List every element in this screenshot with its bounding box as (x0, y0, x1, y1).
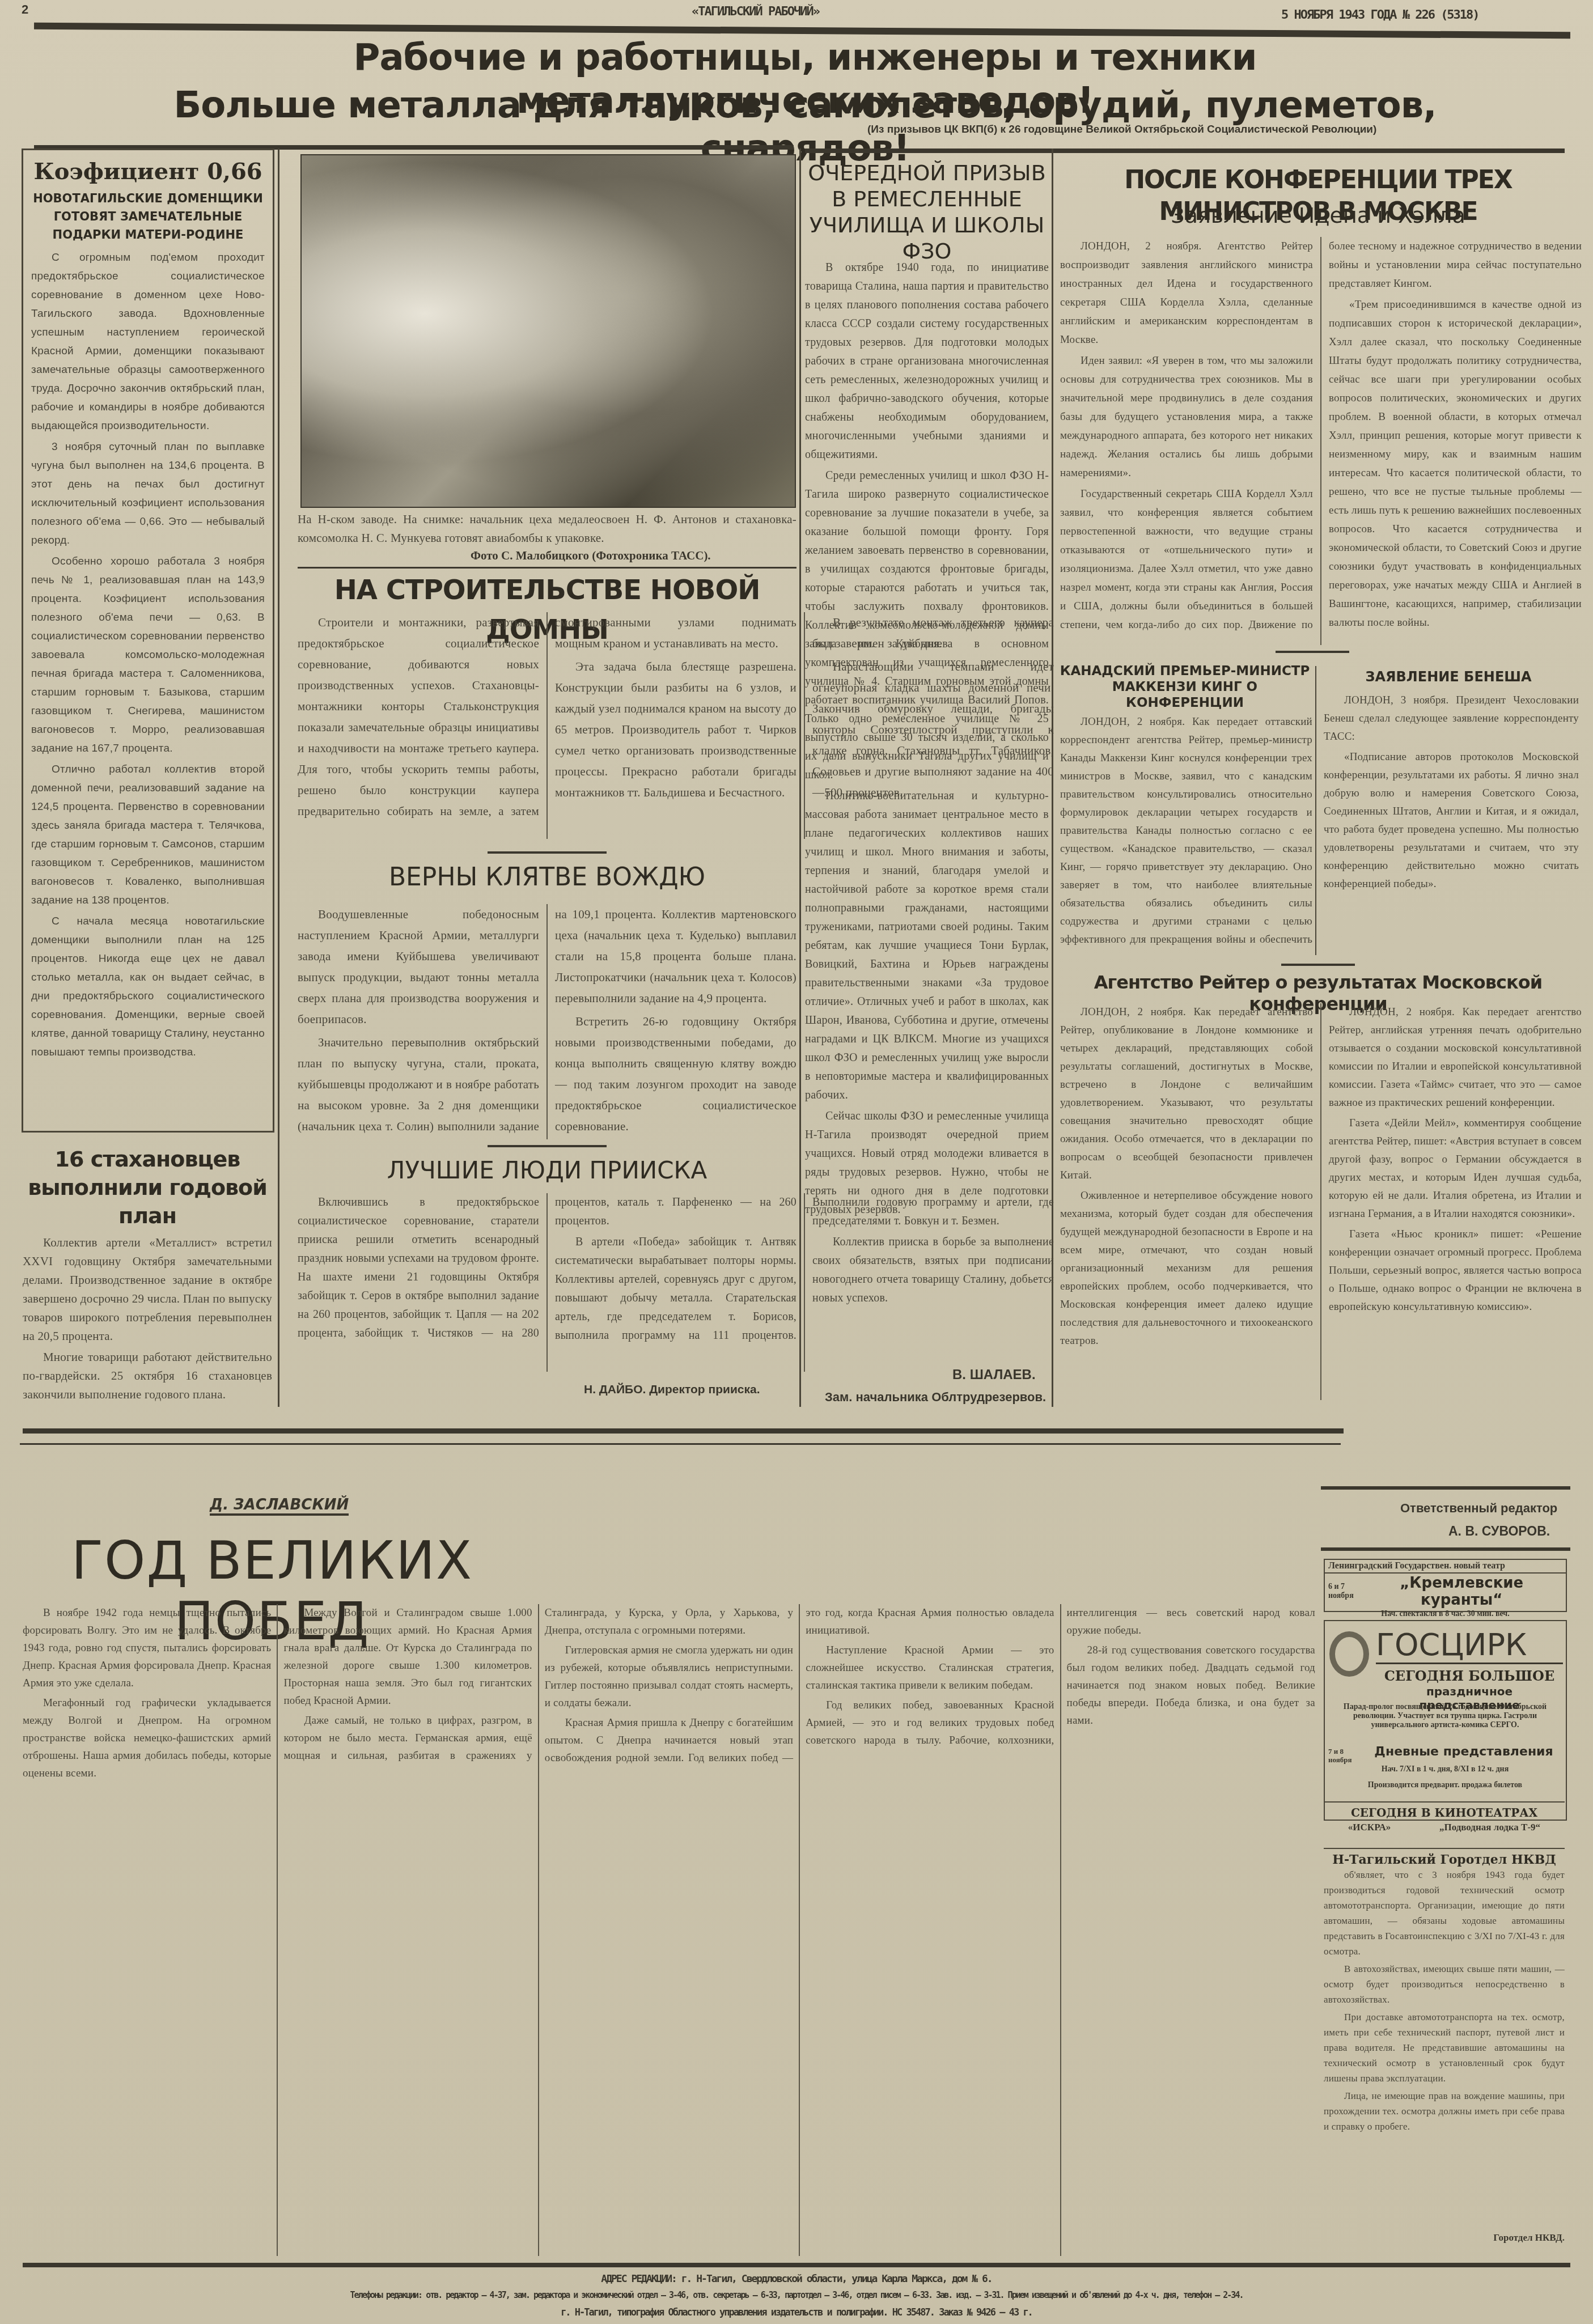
section-rule (20, 1443, 1341, 1445)
photo-caption: На Н-ском заводе. На снимке: начальник ц… (298, 510, 796, 548)
paragraph: Многие товарищи работают действительно п… (23, 1348, 272, 1404)
verny-title: ВЕРНЫ КЛЯТВЕ ВОЖДЮ (298, 863, 796, 892)
column-divider (799, 149, 801, 1407)
circus-presale: Производится предварит. продажа билетов (1328, 1781, 1562, 1790)
short-rule (1276, 651, 1349, 653)
circus-line-1: СЕГОДНЯ БОЛЬШОЕ (1376, 1668, 1563, 1684)
paragraph: 28-й год существования советского госуда… (1067, 1642, 1315, 1729)
paragraph: Встретить 26-ю годовщину Октября новыми … (555, 1011, 796, 1137)
paragraph: ЛОНДОН, 2 ноября. Как передает агентство… (1329, 1003, 1582, 1112)
column-divider (1052, 149, 1053, 1407)
section-rule (1321, 1547, 1570, 1551)
wavy-rule (298, 567, 796, 569)
paragraph: Газета «Дейли Мейл», комментируя сообщен… (1329, 1114, 1582, 1223)
circus-description: Парад-пролог посвященный 26 годовщине Ок… (1328, 1703, 1562, 1730)
prizyv-title: ОЧЕРЕДНОЙ ПРИЗЫВ В РЕМЕСЛЕННЫЕ УЧИЛИЩА И… (805, 160, 1049, 264)
benes-body: ЛОНДОН, 3 ноября. Президент Чехословакии… (1324, 692, 1579, 952)
photo-credit: Фото С. Малобицкого (Фотохроника ТАСС). (471, 549, 711, 563)
koef-article-box: Коэфициент 0,66 НОВОТАГИЛЬСКИЕ ДОМЕНЩИКИ… (22, 149, 274, 1133)
section-rule (23, 1428, 1344, 1434)
page-number: 2 (22, 2, 28, 17)
conference-subtitle: Заявление Идена и Хэлла (1057, 203, 1579, 228)
paragraph: «Трем присоединившимся в качестве одной … (1329, 295, 1582, 632)
nkvd-body: об'являет, что с 3 ноября 1943 года буде… (1324, 1867, 1565, 2230)
prizyv-signature-title: Зам. начальника Облтрудрезервов. (825, 1390, 1046, 1405)
short-rule (488, 1145, 607, 1147)
zaslavsky-body: В ноябре 1942 года немцы тщетно пытались… (23, 1604, 1315, 2256)
conference-body: ЛОНДОН, 2 ноября. Агентство Рейтер воспр… (1060, 237, 1582, 645)
paragraph: об'являет, что с 3 ноября 1943 года буде… (1324, 1867, 1565, 1959)
nkvd-title: Н-Тагильский Горотдел НКВД (1324, 1852, 1565, 1867)
reuters-body: ЛОНДОН, 2 ноября. Как передает агентство… (1060, 1003, 1582, 1400)
paragraph: Мегафонный год графически укладывается м… (23, 1694, 271, 1782)
prizyv-body: В октябре 1940 года, по инициативе товар… (805, 258, 1049, 1324)
footer-phones: Телефоны редакции: отв. редактор — 4-37,… (0, 2290, 1593, 2300)
paragraph: Иден заявил: «Я уверен в том, что мы зал… (1060, 351, 1313, 482)
cinema-ad: СЕГОДНЯ В КИНОТЕАТРАХ «ИСКРА» „Подводная… (1324, 1801, 1565, 1849)
theatre-time: Нач. спектакля в 8 час. 30 мин. веч. (1325, 1610, 1566, 1619)
paragraph: «Подписание авторов протоколов Московско… (1324, 748, 1579, 893)
nkvd-signature: Горотдел НКВД. (1324, 2232, 1565, 2244)
footer-print: г. Н-Тагил, типография Областного управл… (0, 2307, 1593, 2318)
circus-day-title: Дневные представления (1365, 1745, 1563, 1759)
koef-subtitle: НОВОТАГИЛЬСКИЕ ДОМЕНЩИКИ ГОТОВЯТ ЗАМЕЧАТ… (29, 189, 267, 244)
paragraph: 3 ноября суточный план по выплавке чугун… (31, 438, 265, 550)
paragraph: Отлично работал коллектив второй доменно… (31, 760, 265, 910)
paragraph: Между Волгой и Сталинградом свыше 1.000 … (283, 1604, 532, 1710)
circus-title: ГОСЦИРК (1376, 1627, 1563, 1664)
koef-title: Коэфициент 0,66 (23, 158, 273, 185)
priisk-signature: Н. ДАЙБО. Директор прииска. (584, 1383, 760, 1397)
factory-photo (300, 154, 796, 508)
section-rule (1321, 1486, 1570, 1490)
paragraph: ЛОНДОН, 2 ноября. Как передает агентство… (1060, 1003, 1313, 1185)
stakhanov-body: Коллектив артели «Металлист» встретил XX… (23, 1233, 272, 1404)
section-rule (805, 149, 1565, 153)
circus-day-dates: 7 и 8 ноября (1328, 1747, 1362, 1764)
stakhanov-title: 16 стахановцев выполнили годовой план (23, 1145, 272, 1230)
stakhanov-article: 16 стахановцев выполнили годовой план Ко… (23, 1145, 272, 1406)
zaslavsky-author: Д. ЗАСЛАВСКИЙ (210, 1496, 349, 1516)
paragraph: Газета «Ньюс кроникл» пишет: «Решение ко… (1329, 1225, 1582, 1316)
newspaper-page: 2 «ТАГИЛЬСКИЙ РАБОЧИЙ» 5 НОЯБРЯ 1943 ГОД… (0, 0, 1593, 2324)
cinema-header: СЕГОДНЯ В КИНОТЕАТРАХ (1324, 1806, 1565, 1820)
benes-title: ЗАЯВЛЕНИЕ БЕНЕША (1321, 669, 1576, 685)
editor-label: Ответственный редактор (1400, 1501, 1557, 1516)
paragraph: Гитлеровская армия не смогла удержать ни… (545, 1642, 793, 1712)
paragraph: ЛОНДОН, 2 ноября. Как передает оттавский… (1060, 713, 1312, 951)
footer-rule (23, 2263, 1570, 2267)
circus-day-time: Нач. 7/XI в 1 ч. дня, 8/XI в 12 ч. дня (1328, 1765, 1562, 1774)
cinema-film: „Подводная лодка Т-9“ (1439, 1822, 1540, 1833)
circus-emblem-icon (1329, 1631, 1369, 1677)
paragraph: Эта задача была блестяще разрешена. Конс… (555, 656, 796, 803)
cinema-venue: «ИСКРА» (1348, 1822, 1391, 1833)
paragraph: ЛОНДОН, 3 ноября. Президент Чехословакии… (1324, 692, 1579, 746)
paragraph: Сейчас школы ФЗО и ремесленные училища Н… (805, 1107, 1049, 1219)
canada-body: ЛОНДОН, 2 ноября. Как передает оттавский… (1060, 713, 1312, 951)
short-rule (488, 851, 607, 854)
paragraph: Наступление Красной Армии — это сложнейш… (806, 1642, 1054, 1694)
paragraph: Оживленное и нетерпеливое обсуждение нов… (1060, 1187, 1313, 1350)
verny-body: Воодушевленные победоносным наступлением… (298, 904, 796, 1139)
circus-ad: ГОСЦИРК СЕГОДНЯ БОЛЬШОЕ праздничное пред… (1324, 1620, 1567, 1821)
theatre-ad: Ленинградский Государствен. новый театр … (1324, 1559, 1567, 1612)
paragraph: Среди ремесленных училищ и школ ФЗО Н-Та… (805, 467, 1049, 784)
paragraph: Воодушевленные победоносным наступлением… (298, 904, 539, 1030)
paragraph: В октябре 1940 года, по инициативе товар… (805, 258, 1049, 464)
domna-body: Строители и монтажники, развертывая пред… (298, 612, 796, 839)
paragraph: Особенно хорошо работала 3 ноября печь №… (31, 552, 265, 758)
column-divider (278, 149, 279, 1407)
footer-address: АДРЕС РЕДАКЦИИ: г. Н-Тагил, Свердловской… (0, 2273, 1593, 2285)
priisk-title: ЛУЧШИЕ ЛЮДИ ПРИИСКА (298, 1156, 796, 1184)
paragraph: В автохозяйствах, имеющих свыше пяти маш… (1324, 1961, 1565, 2007)
column-divider (1315, 666, 1316, 955)
paragraph: Коллектив артели «Металлист» встретил XX… (23, 1233, 272, 1346)
nkvd-notice: Н-Тагильский Горотдел НКВД об'являет, чт… (1324, 1852, 1565, 2244)
priisk-body: Включившись в предоктябрьское социалисти… (298, 1193, 796, 1372)
paragraph: Лица, не имеющие прав на вождение машины… (1324, 2088, 1565, 2134)
paragraph: Политико-воспитательная и культурно-масс… (805, 787, 1049, 1105)
editor-name: А. В. СУВОРОВ. (1448, 1524, 1550, 1539)
issue-date: 5 НОЯБРЯ 1943 ГОДА № 226 (5318) (1281, 8, 1479, 22)
canada-title: КАНАДСКИЙ ПРЕМЬЕР-МИНИСТР МАККЕНЗИ КИНГ … (1057, 663, 1312, 711)
theatre-play: „Кремлевские куранты“ (1361, 1575, 1562, 1609)
paragraph: С начала месяца новотагильские доменщики… (31, 912, 265, 1062)
paragraph: В ноябре 1942 года немцы тщетно пытались… (23, 1604, 271, 1692)
koef-body: С огромным под'емом проходит предоктябрь… (23, 248, 273, 1062)
short-rule (1281, 964, 1355, 966)
theatre-dates: 6 и 7 ноября (1328, 1583, 1361, 1601)
banner-source: (Из призывов ЦК ВКП(б) к 26 годовщине Ве… (867, 124, 1376, 136)
prizyv-signature: В. ШАЛАЕВ. (952, 1367, 1036, 1383)
paragraph: При доставке автомототранспорта на тех. … (1324, 2009, 1565, 2086)
newspaper-name: «ТАГИЛЬСКИЙ РАБОЧИЙ» (692, 5, 819, 19)
paragraph: ЛОНДОН, 2 ноября. Агентство Рейтер воспр… (1060, 237, 1313, 349)
paragraph: С огромным под'емом проходит предоктябрь… (31, 248, 265, 435)
theatre-header: Ленинградский Государствен. новый театр (1325, 1560, 1566, 1574)
